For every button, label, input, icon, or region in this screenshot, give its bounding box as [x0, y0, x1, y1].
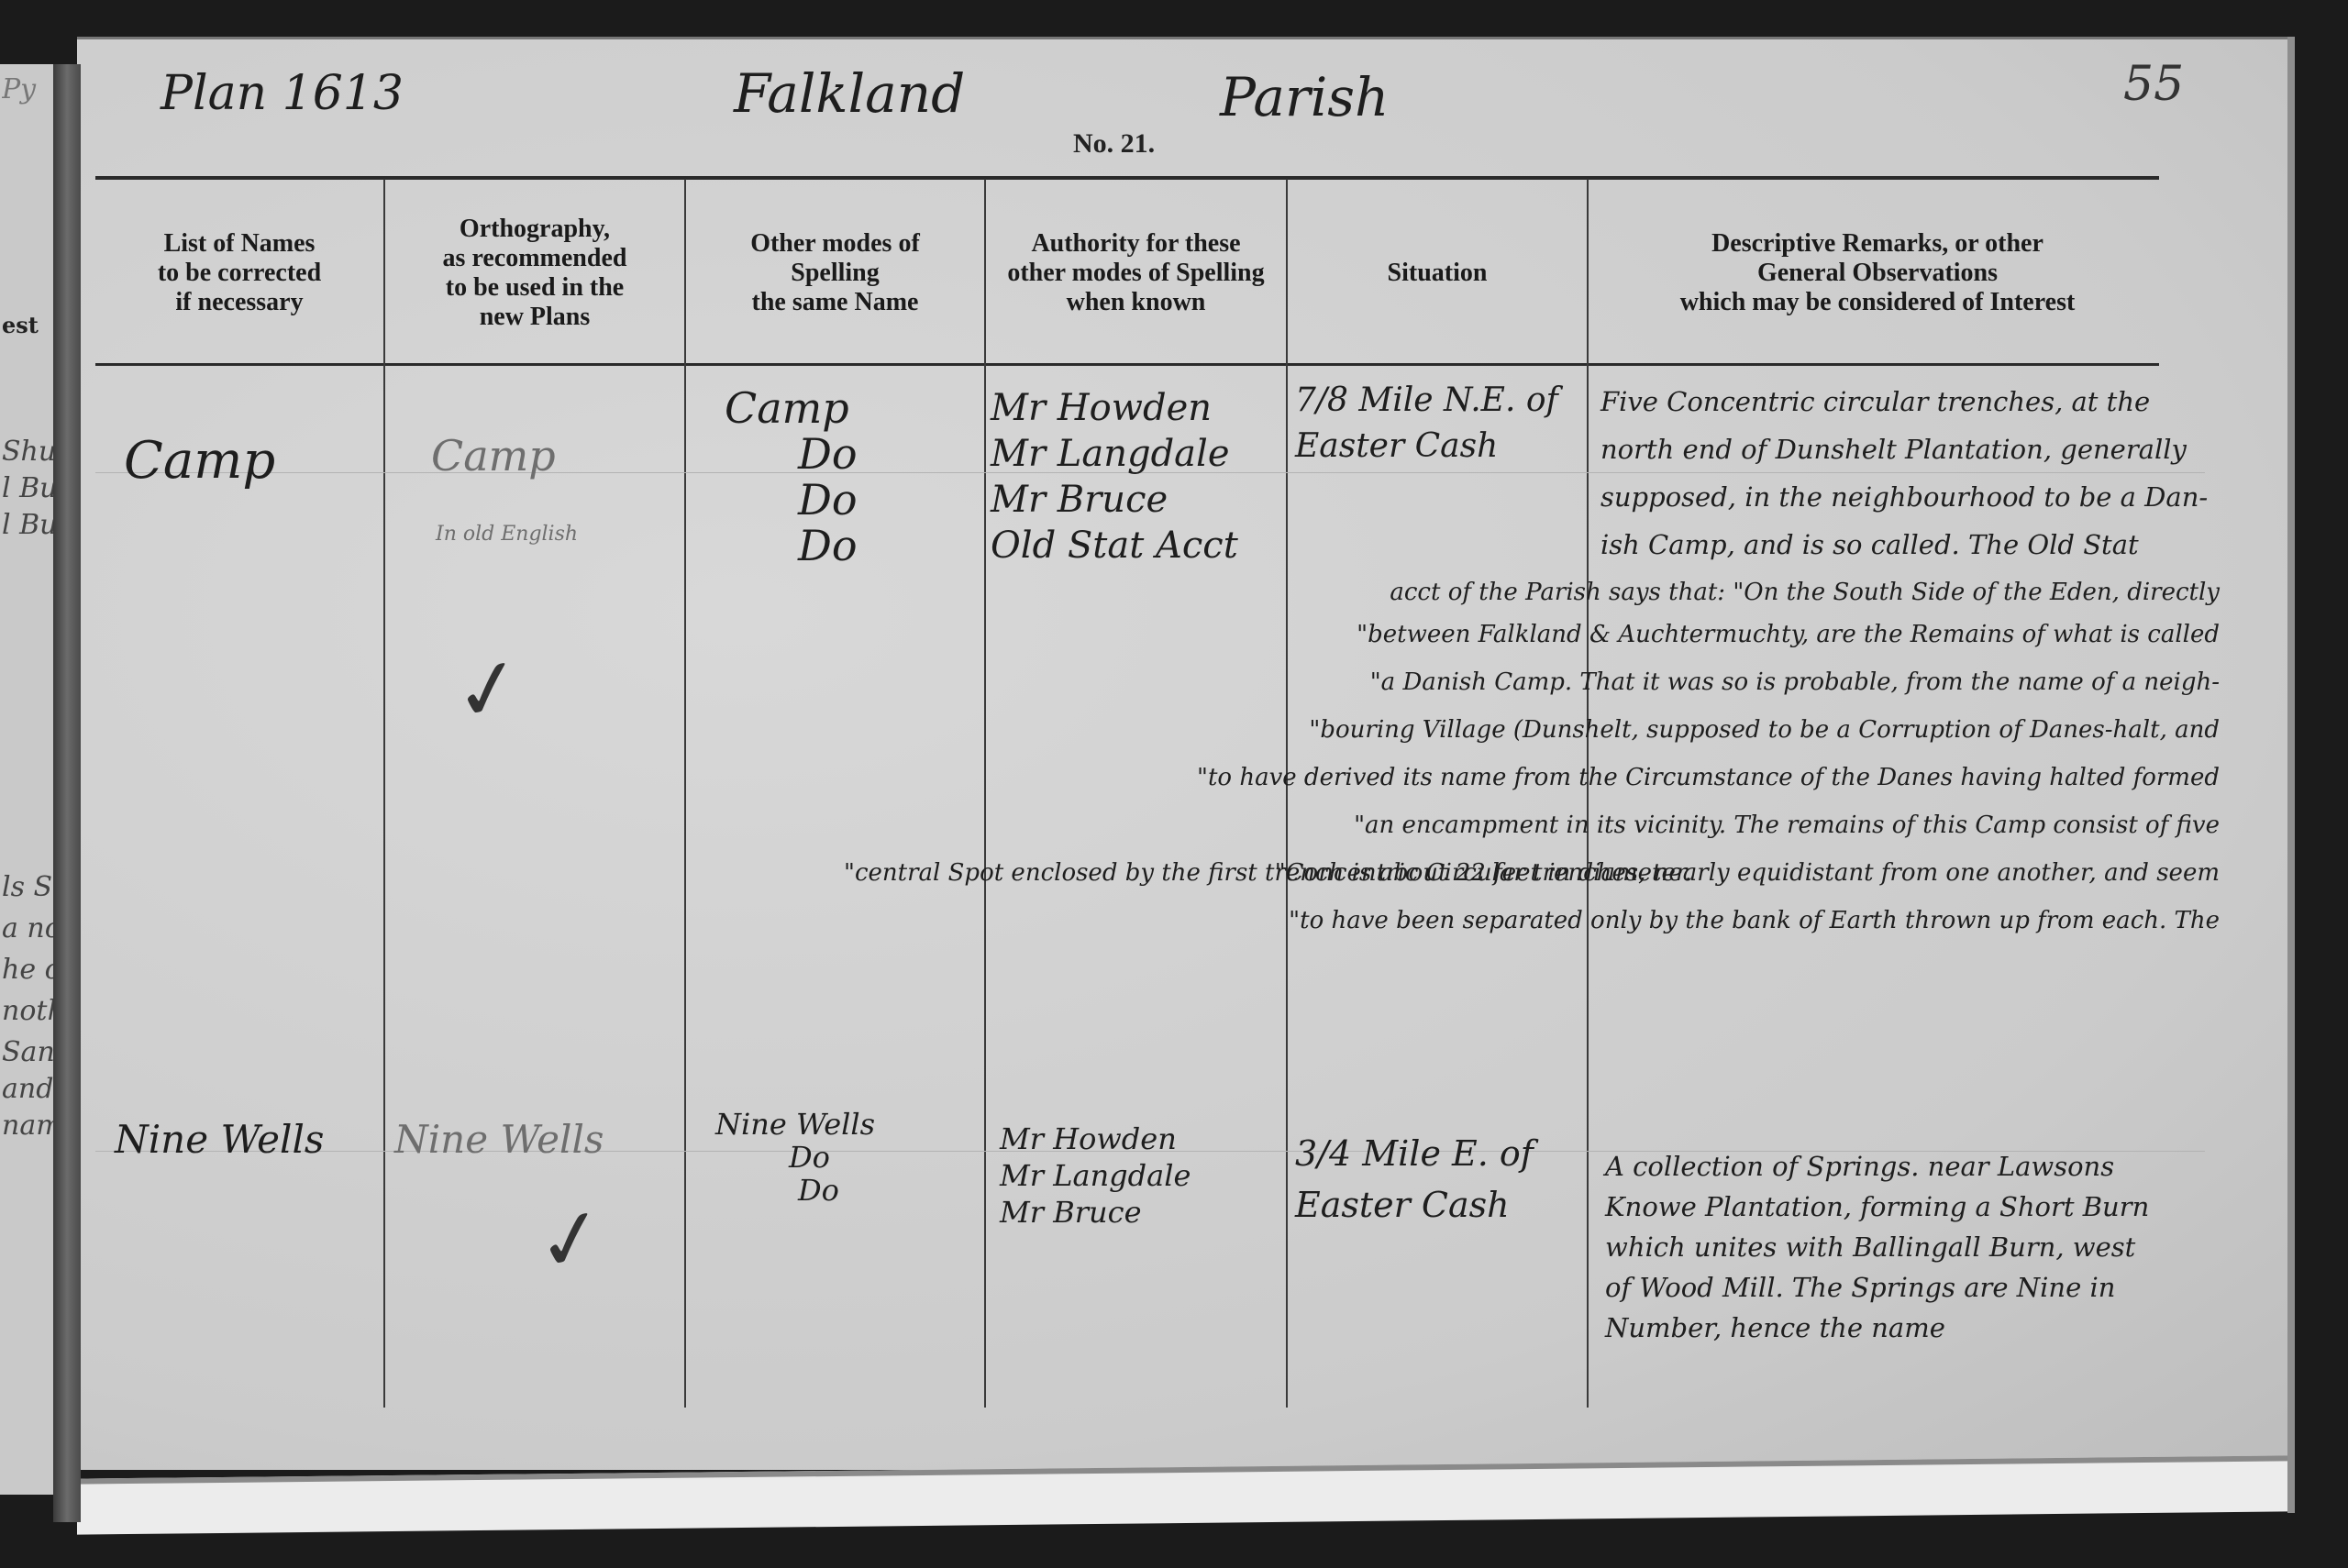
authority: Mr Bruce [1000, 1194, 1191, 1231]
entry-situation: 3/4 Mile E. of Easter Cash [1295, 1128, 1534, 1231]
remark-line: supposed, in the neighbourhood to be a D… [1600, 473, 2187, 521]
entry-remarks: A collection of Springs. near Lawsons Kn… [1605, 1146, 2201, 1348]
header-line: Authority for these [1007, 229, 1264, 259]
header-line: Situation [1388, 259, 1488, 288]
number-label: No. 21. [1073, 128, 1155, 160]
remark-line: "an encampment in its vicinity. The rema… [1101, 801, 2220, 849]
other-mode: Camp [725, 385, 858, 431]
header-line: General Observations [1680, 259, 2076, 288]
header-line: other modes of Spelling [1007, 259, 1264, 288]
entry-name: Nine Wells [115, 1117, 324, 1162]
entry-remarks: Five Concentric circular trenches, at th… [1600, 378, 2187, 569]
header-bottom-rule [95, 363, 2159, 366]
header-line: if necessary [158, 288, 321, 317]
remark-line: which unites with Ballingall Burn, west [1605, 1227, 2201, 1267]
remark-line: A collection of Springs. near Lawsons [1605, 1146, 2201, 1187]
header-list-of-names: List of Names to be corrected if necessa… [95, 183, 383, 362]
header-line: Other modes of [750, 229, 920, 259]
orthography-note: In old English [436, 523, 578, 546]
place-name: Falkland [734, 62, 965, 125]
authority: Mr Bruce [991, 477, 1238, 523]
other-mode: Do [725, 477, 858, 523]
remark-line: "to have been separated only by the bank… [1101, 897, 2220, 944]
header-line: when known [1007, 288, 1264, 317]
remark-line: Number, hence the name [1605, 1308, 2201, 1348]
header-line: as recommended [443, 244, 627, 273]
remark-line: Five Concentric circular trenches, at th… [1600, 378, 2187, 425]
remark-line: "to have derived its name from the Circu… [1101, 754, 2220, 801]
other-mode: Nine Wells [715, 1108, 875, 1141]
column-divider [684, 179, 686, 1408]
remark-line: acct of the Parish says that: "On the So… [1302, 569, 2220, 616]
remark-line: Knowe Plantation, forming a Short Burn [1605, 1187, 2201, 1227]
remark-line: "between Falkland & Auchtermuchty, are t… [1101, 611, 2220, 658]
remark-line: ish Camp, and is so called. The Old Stat [1600, 521, 2187, 569]
header-remarks: Descriptive Remarks, or other General Ob… [1589, 183, 2166, 362]
column-divider [383, 179, 385, 1408]
authority: Old Stat Acct [991, 523, 1238, 569]
page-number: 55 [2123, 57, 2184, 112]
authority: Mr Langdale [1000, 1157, 1191, 1194]
header-line: the same Name [750, 288, 920, 317]
entry-orthography: Camp [431, 431, 556, 480]
entry-authorities: Mr Howden Mr Langdale Mr Bruce [1000, 1121, 1191, 1231]
entry-other-modes: Nine Wells Do Do [715, 1108, 875, 1207]
authority: Mr Howden [991, 385, 1238, 431]
column-divider [984, 179, 986, 1408]
header-other-modes: Other modes of Spelling the same Name [686, 183, 984, 362]
entry-name: Camp [124, 431, 275, 491]
entry-other-modes: Camp Do Do Do [725, 385, 858, 569]
remark-line: "bouring Village (Dunshelt, supposed to … [1101, 706, 2220, 754]
header-situation: Situation [1288, 183, 1587, 362]
header-line: Descriptive Remarks, or other [1680, 229, 2076, 259]
situation-line: 7/8 Mile N.E. of [1295, 378, 1558, 424]
situation-line: Easter Cash [1295, 424, 1558, 469]
header-line: to be corrected [158, 259, 321, 288]
book-binding [53, 64, 81, 1522]
header-orthography: Orthography, as recommended to be used i… [385, 183, 684, 362]
entry-orthography: Nine Wells [394, 1117, 604, 1162]
authority: Mr Howden [1000, 1121, 1191, 1157]
other-mode: Do [715, 1141, 875, 1174]
plan-number: Plan 1613 [161, 66, 404, 121]
entry-remarks-continued: acct of the Parish says that: "On the So… [1302, 569, 2220, 616]
remark-line: of Wood Mill. The Springs are Nine in [1605, 1267, 2201, 1308]
header-line: List of Names [158, 229, 321, 259]
header-line: to be used in the [443, 273, 627, 303]
entry-remarks-continued: "central Spot enclosed by the first tren… [844, 849, 1944, 897]
parish-label: Parish [1220, 66, 1389, 128]
other-mode: Do [725, 431, 858, 477]
authority: Mr Langdale [991, 431, 1238, 477]
situation-line: Easter Cash [1295, 1179, 1534, 1231]
header-top-rule [95, 176, 2159, 180]
header-authority: Authority for these other modes of Spell… [986, 183, 1286, 362]
remark-line: "a Danish Camp. That it was so is probab… [1101, 658, 2220, 706]
situation-line: 3/4 Mile E. of [1295, 1128, 1534, 1179]
remark-line: "central Spot enclosed by the first tren… [844, 849, 1944, 897]
header-line: Orthography, [443, 215, 627, 244]
page-right-edge [2287, 37, 2295, 1513]
entry-authorities: Mr Howden Mr Langdale Mr Bruce Old Stat … [991, 385, 1238, 569]
remark-line: north end of Dunshelt Plantation, genera… [1600, 425, 2187, 473]
header-line: new Plans [443, 303, 627, 332]
header-line: Spelling [750, 259, 920, 288]
entry-situation: 7/8 Mile N.E. of Easter Cash [1295, 378, 1558, 469]
header-line: which may be considered of Interest [1680, 288, 2076, 317]
other-mode: Do [715, 1174, 875, 1207]
other-mode: Do [725, 523, 858, 569]
